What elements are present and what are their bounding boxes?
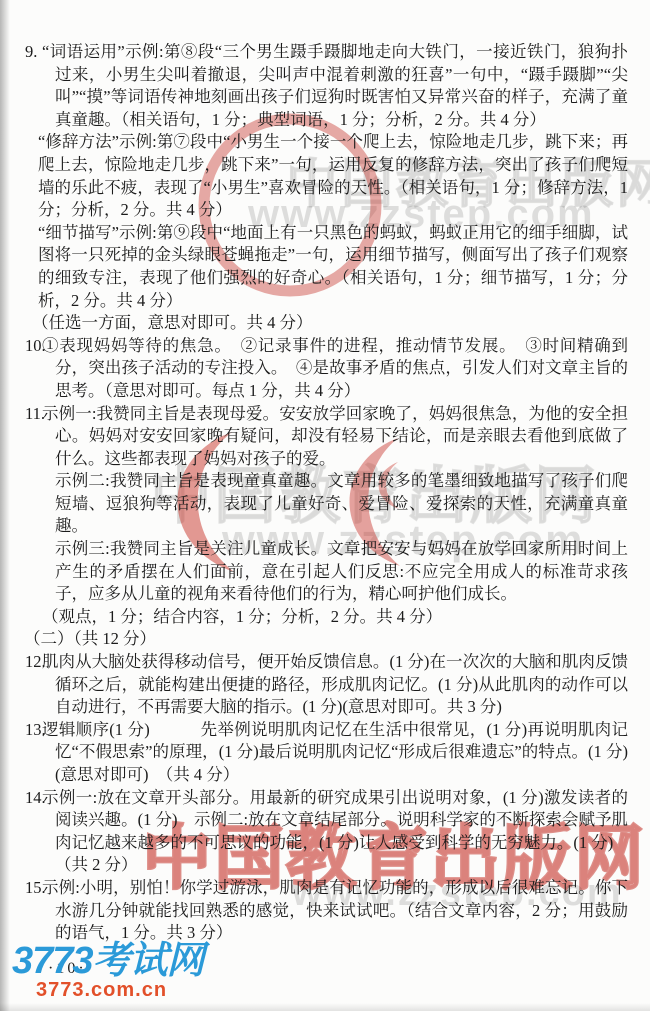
answer-item-11: 11. 示例一:我赞同主旨是表现母爱。安安放学回家晚了，妈妈很焦急，为他的安全担… [24, 403, 628, 629]
answer-paragraph: 示例二:我赞同主旨是表现童真童趣。文章用较多的笔墨细致地描写了孩子们爬短墙、逗狼… [55, 470, 628, 538]
site-logo-text: 3773考试网 [12, 942, 204, 980]
section-heading: （二）（共 12 分） [24, 628, 628, 651]
answer-paragraph: “修辞方法”示例:第⑦段中“小男生一个接一个爬上去，惊险地走几步，跳下来；再爬上… [38, 131, 628, 221]
scanned-answer-sheet-page: 中国教育出版网 www.zzstep.com 中国教育出版网 www.zzste… [0, 0, 650, 1011]
question-number: 15. [25, 877, 46, 900]
answer-item-9: 9. “词语运用”示例:第⑧段“三个男生蹑手蹑脚地走向大铁门，一接近铁门，狼狗扑… [24, 41, 628, 335]
answer-key-text: 9. “词语运用”示例:第⑧段“三个男生蹑手蹑脚地走向大铁门，一接近铁门，狼狗扑… [24, 41, 628, 945]
question-number: 9. [25, 41, 37, 64]
answer-note: （观点，1 分；结合内容，1 分；分析，2 分。共 4 分） [42, 606, 628, 629]
answer-paragraph: 示例一:我赞同主旨是表现母爱。安安放学回家晚了，妈妈很焦急，为他的安全担心。妈妈… [55, 403, 628, 471]
site-logo-domain: 3773.com.cn [36, 980, 204, 1000]
question-number: 10. [25, 335, 46, 358]
answer-paragraph: “细节描写”示例:第⑨段中“地面上有一只黑色的蚂蚁，蚂蚁正用它的细手细脚，试图将… [38, 222, 628, 312]
answer-paragraph: 示例:小明，别怕！你学过游泳，肌肉是有记忆功能的，形成以后很难忘记。你下水游几分… [55, 877, 628, 945]
answer-paragraph: 逻辑顺序(1 分) 先举例说明肌肉记忆在生活中很常见，(1 分)再说明肌肉记忆“… [55, 719, 628, 787]
question-number: 11. [25, 403, 45, 426]
answer-item-14: 14. 示例一:放在文章开头部分。用最新的研究成果引出说明对象，(1 分)激发读… [24, 787, 628, 877]
scan-edge-shadow-bottom [0, 1003, 650, 1011]
question-number: 14. [25, 787, 46, 810]
scan-edge-shadow-left [0, 0, 10, 1011]
question-number: 12. [25, 651, 46, 674]
answer-paragraph: ①表现妈妈等待的焦急。 ②记录事件的进程，推动情节发展。 ③时间精确到分，突出孩… [55, 335, 628, 403]
answer-paragraph: “词语运用”示例:第⑧段“三个男生蹑手蹑脚地走向大铁门，一接近铁门，狼狗扑过来，… [55, 41, 628, 131]
answer-paragraph: 示例三:我赞同主旨是关注儿童成长。文章把安安与妈妈在放学回家所用时间上产生的矛盾… [55, 538, 628, 606]
answer-item-15: 15. 示例:小明，别怕！你学过游泳，肌肉是有记忆功能的，形成以后很难忘记。你下… [24, 877, 628, 945]
site-logo: 3773考试网 3773.com.cn [12, 942, 204, 1000]
answer-paragraph: 示例一:放在文章开头部分。用最新的研究成果引出说明对象，(1 分)激发读者的阅读… [55, 787, 628, 855]
answer-note: （任选一方面，意思对即可。共 4 分） [32, 312, 628, 335]
answer-item-13: 13. 逻辑顺序(1 分) 先举例说明肌肉记忆在生活中很常见，(1 分)再说明肌… [24, 719, 628, 787]
answer-item-12: 12. 肌肉从大脑处获得移动信号，便开始反馈信息。(1 分)在一次次的大脑和肌肉… [24, 651, 628, 719]
answer-note: （共 2 分） [55, 854, 628, 877]
question-number: 13. [25, 719, 46, 742]
answer-paragraph: 肌肉从大脑处获得移动信号，便开始反馈信息。(1 分)在一次次的大脑和肌肉反馈循环… [55, 651, 628, 719]
answer-item-10: 10. ①表现妈妈等待的焦急。 ②记录事件的进程，推动情节发展。 ③时间精确到分… [24, 335, 628, 403]
